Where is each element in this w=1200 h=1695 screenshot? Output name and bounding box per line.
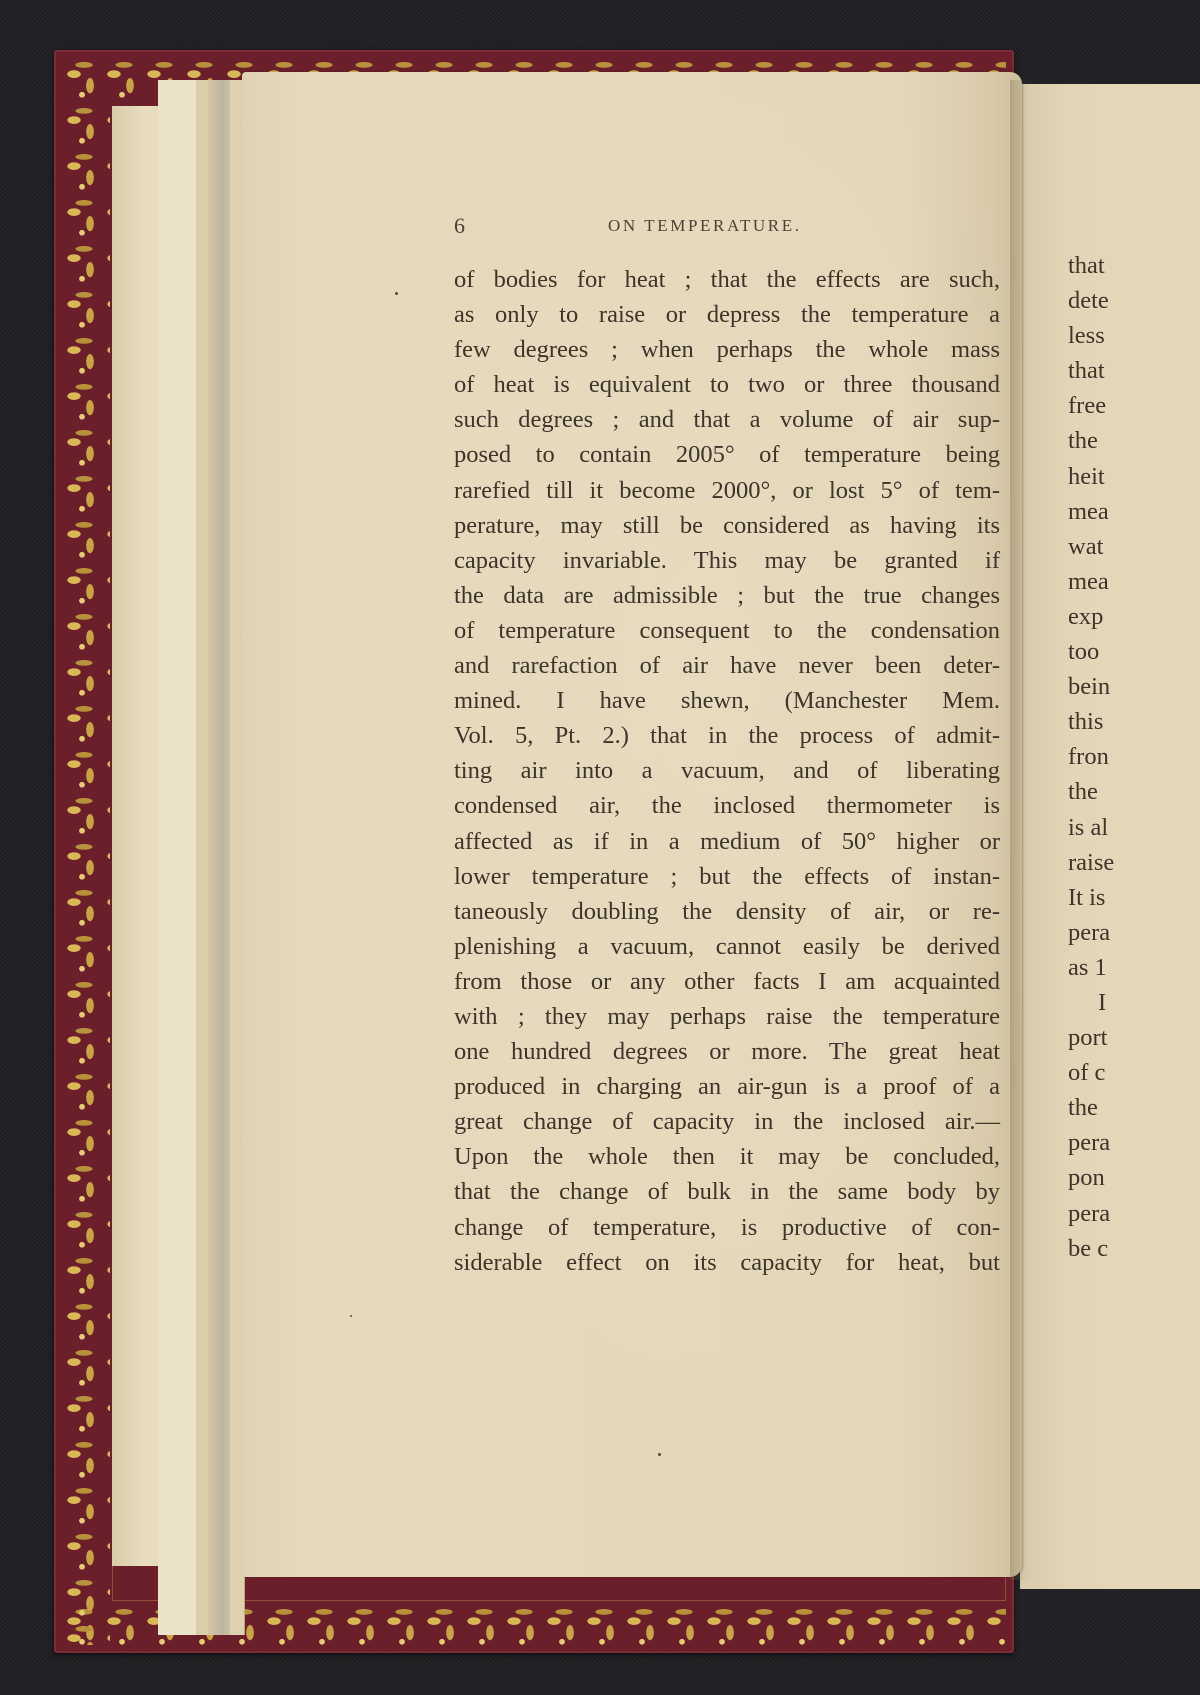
text-fragment: be c xyxy=(1068,1231,1200,1266)
text-line: and rarefaction of air have never been d… xyxy=(454,648,1000,683)
text-line: of temperature consequent to the condens… xyxy=(454,613,1000,648)
right-page-text-fragment: that dete less that free the heit mea wa… xyxy=(1068,248,1200,1266)
text-fragment: the xyxy=(1068,423,1200,458)
text-fragment: that xyxy=(1068,353,1200,388)
text-fragment: port xyxy=(1068,1020,1200,1055)
text-fragment: the xyxy=(1068,774,1200,809)
text-fragment: of c xyxy=(1068,1055,1200,1090)
page-edge-leaf xyxy=(158,80,199,1635)
text-fragment: dete xyxy=(1068,283,1200,318)
text-line: ting air into a vacuum, and of liberatin… xyxy=(454,753,1000,788)
text-line: Upon the whole then it may be concluded, xyxy=(454,1139,1000,1174)
paper-speck xyxy=(658,1453,661,1456)
text-line: capacity invariable. This may be granted… xyxy=(454,543,1000,578)
text-line: produced in charging an air-gun is a pro… xyxy=(454,1069,1000,1104)
text-fragment: pera xyxy=(1068,1125,1200,1160)
text-fragment: It is xyxy=(1068,880,1200,915)
text-fragment: mea xyxy=(1068,564,1200,599)
text-line: with ; they may perhaps raise the temper… xyxy=(454,999,1000,1034)
page-number: 6 xyxy=(454,213,465,239)
text-fragment: mea xyxy=(1068,494,1200,529)
text-fragment: heit xyxy=(1068,459,1200,494)
text-line: plenishing a vacuum, cannot easily be de… xyxy=(454,929,1000,964)
running-head: 6 ON TEMPERATURE. xyxy=(454,213,994,243)
text-line: lower temperature ; but the effects of i… xyxy=(454,859,1000,894)
text-line: taneously doubling the density of air, o… xyxy=(454,894,1000,929)
text-line: that the change of bulk in the same body… xyxy=(454,1174,1000,1209)
page-gutter xyxy=(1010,80,1034,1580)
text-fragment: raise xyxy=(1068,845,1200,880)
text-line: change of temperature, is productive of … xyxy=(454,1210,1000,1245)
text-fragment: is al xyxy=(1068,810,1200,845)
text-line: posed to contain 2005° of temperature be… xyxy=(454,437,1000,472)
text-fragment: pera xyxy=(1068,1196,1200,1231)
paper-speck xyxy=(350,1315,352,1317)
text-fragment: less xyxy=(1068,318,1200,353)
text-line: siderable effect on its capacity for hea… xyxy=(454,1245,1000,1280)
text-fragment: exp xyxy=(1068,599,1200,634)
text-line: perature, may still be considered as hav… xyxy=(454,508,1000,543)
text-fragment: wat xyxy=(1068,529,1200,564)
body-text: of bodies for heat ; that the effects ar… xyxy=(454,262,1000,1280)
text-line: such degrees ; and that a volume of air … xyxy=(454,402,1000,437)
text-fragment: I xyxy=(1068,985,1200,1020)
paper-speck xyxy=(395,292,398,295)
text-fragment: free xyxy=(1068,388,1200,423)
text-fragment: too xyxy=(1068,634,1200,669)
text-line: the data are admissible ; but the true c… xyxy=(454,578,1000,613)
text-fragment: fron xyxy=(1068,739,1200,774)
text-line: rarefied till it become 2000°, or lost 5… xyxy=(454,473,1000,508)
text-line: Vol. 5, Pt. 2.) that in the process of a… xyxy=(454,718,1000,753)
text-fragment: as 1 xyxy=(1068,950,1200,985)
text-line: of heat is equivalent to two or three th… xyxy=(454,367,1000,402)
text-line: one hundred degrees or more. The great h… xyxy=(454,1034,1000,1069)
text-line: mined. I have shewn, (Manchester Mem. xyxy=(454,683,1000,718)
text-line: condensed air, the inclosed thermometer … xyxy=(454,788,1000,823)
text-fragment: pera xyxy=(1068,915,1200,950)
text-fragment: that xyxy=(1068,248,1200,283)
text-fragment: the xyxy=(1068,1090,1200,1125)
text-line: few degrees ; when perhaps the whole mas… xyxy=(454,332,1000,367)
text-line: of bodies for heat ; that the effects ar… xyxy=(454,262,1000,297)
text-fragment: pon xyxy=(1068,1160,1200,1195)
text-line: from those or any other facts I am acqua… xyxy=(454,964,1000,999)
text-fragment: bein xyxy=(1068,669,1200,704)
text-line: great change of capacity in the inclosed… xyxy=(454,1104,1000,1139)
text-line: as only to raise or depress the temperat… xyxy=(454,297,1000,332)
running-title: ON TEMPERATURE. xyxy=(608,216,802,236)
text-line: affected as if in a medium of 50° higher… xyxy=(454,824,1000,859)
text-fragment: this xyxy=(1068,704,1200,739)
gold-border-left xyxy=(62,58,110,1645)
